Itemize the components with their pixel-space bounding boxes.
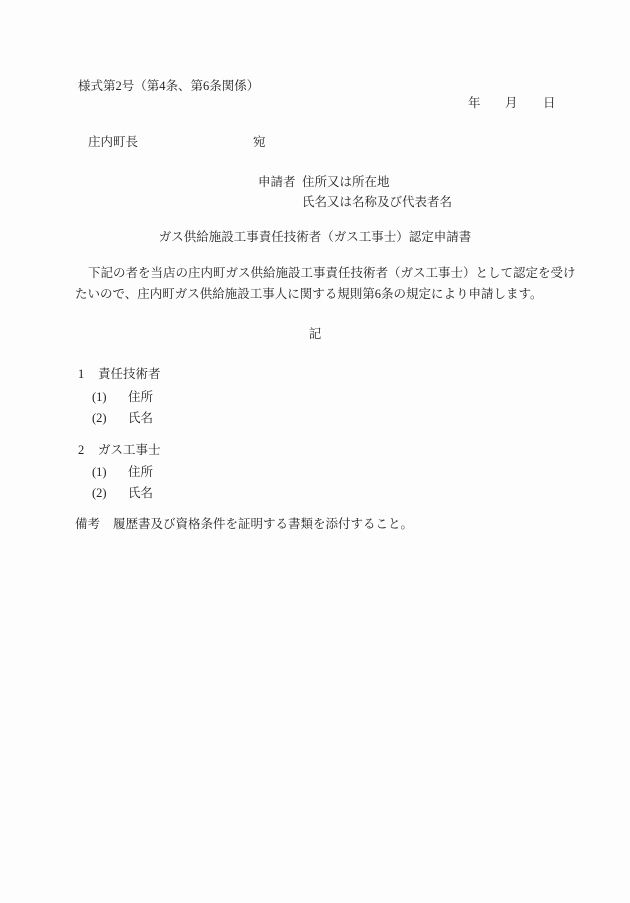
section-1-number: 1 bbox=[78, 368, 84, 381]
body-paragraph-line-2: たいので、庄内町ガス供給施設工事人に関する規則第6条の規定により申請します。 bbox=[75, 288, 543, 301]
section-2-number: 2 bbox=[78, 444, 84, 457]
remarks-text: 履歴書及び資格条件を証明する書類を添付すること。 bbox=[113, 518, 413, 531]
section-1-item-1-marker: (1) bbox=[92, 391, 107, 404]
section-1-item-1-label: 住所 bbox=[128, 391, 153, 404]
record-heading: 記 bbox=[0, 328, 630, 341]
form-number: 様式第2号（第4条、第6条関係） bbox=[78, 80, 259, 93]
addressee-suffix: 宛 bbox=[253, 136, 266, 149]
date-month-label: 月 bbox=[505, 97, 518, 110]
section-1-title: 責任技術者 bbox=[98, 368, 161, 381]
section-1-item-2-marker: (2) bbox=[92, 412, 107, 425]
remarks-label: 備考 bbox=[75, 518, 100, 531]
section-1-item-2-label: 氏名 bbox=[128, 412, 153, 425]
application-form-page: 様式第2号（第4条、第6条関係） 年 月 日 庄内町長 宛 申請者 住所又は所在… bbox=[0, 0, 630, 903]
section-2-item-1-label: 住所 bbox=[128, 466, 153, 479]
section-2-item-1-marker: (1) bbox=[92, 466, 107, 479]
section-2-title: ガス工事士 bbox=[98, 444, 161, 457]
section-2-item-2-marker: (2) bbox=[92, 487, 107, 500]
applicant-address-label: 住所又は所在地 bbox=[302, 176, 390, 189]
applicant-label: 申請者 bbox=[258, 176, 296, 189]
addressee-name: 庄内町長 bbox=[88, 136, 138, 149]
applicant-name-label: 氏名又は名称及び代表者名 bbox=[302, 196, 452, 209]
section-2-item-2-label: 氏名 bbox=[128, 487, 153, 500]
body-paragraph-line-1: 下記の者を当店の庄内町ガス供給施設工事責任技術者（ガス工事士）として認定を受け bbox=[88, 267, 576, 280]
document-title: ガス供給施設工事責任技術者（ガス工事士）認定申請書 bbox=[0, 231, 630, 244]
date-day-label: 日 bbox=[543, 97, 556, 110]
date-year-label: 年 bbox=[468, 97, 481, 110]
